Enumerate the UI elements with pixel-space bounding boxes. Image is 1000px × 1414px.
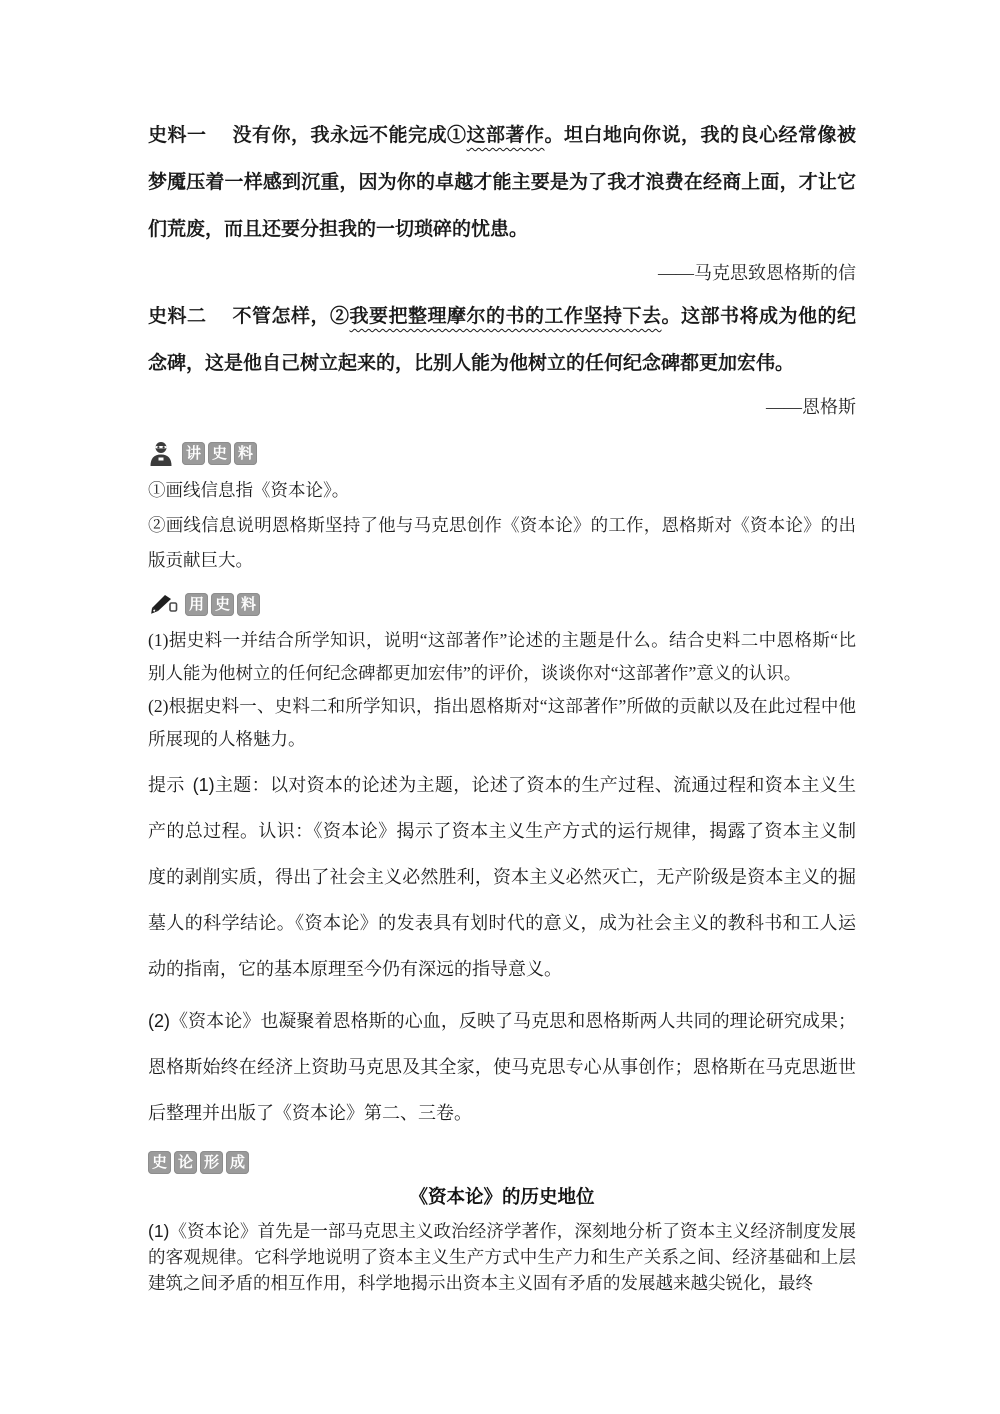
conclusion-badge: 史 论 形 成 xyxy=(148,1151,249,1174)
material-two-paragraph: 史料二不管怎样，②我要把整理摩尔的书的工作坚持下去。这部书将成为他的纪念碑，这是… xyxy=(148,293,856,387)
material-two-text-pre: 不管怎样，② xyxy=(233,306,350,327)
badge-char: 用 xyxy=(185,593,208,616)
badge-char: 料 xyxy=(237,593,260,616)
material-one-label: 史料一 xyxy=(148,125,207,146)
badge-char: 形 xyxy=(200,1151,223,1174)
apply-section-header: 用 史 料 xyxy=(148,590,856,618)
material-two-attribution: ——恩格斯 xyxy=(148,387,856,427)
badge-char: 史 xyxy=(211,593,234,616)
conclusion-body: (1)《资本论》首先是一部马克思主义政治经济学著作，深刻地分析了资本主义经济制度… xyxy=(148,1218,856,1296)
badge-char: 史 xyxy=(148,1151,171,1174)
apply-badge: 用 史 料 xyxy=(185,593,260,616)
teacher-icon xyxy=(148,441,175,466)
tip-label: 提示 xyxy=(148,775,185,795)
tip-answer-1: 提示(1)主题：以对资本的论述为主题，论述了资本的生产过程、流通过程和资本主义生… xyxy=(148,762,856,992)
material-one-paragraph: 史料一没有你，我永远不能完成①这部著作。坦白地向你说，我的良心经常像被梦魇压着一… xyxy=(148,112,856,253)
explain-section-header: 讲 史 料 xyxy=(148,439,856,467)
explain-note-1: ①画线信息指《资本论》。 xyxy=(148,473,856,508)
conclusion-title: 《资本论》的历史地位 xyxy=(148,1182,856,1212)
material-two-label: 史料二 xyxy=(148,306,207,327)
explain-badge: 讲 史 料 xyxy=(182,442,257,465)
badge-char: 成 xyxy=(226,1151,249,1174)
badge-char: 讲 xyxy=(182,442,205,465)
conclusion-section-header: 史 论 形 成 xyxy=(148,1148,856,1176)
explain-note-2: ②画线信息说明恩格斯坚持了他与马克思创作《资本论》的工作，恩格斯对《资本论》的出… xyxy=(148,508,856,578)
document-page: 史料一没有你，我永远不能完成①这部著作。坦白地向你说，我的良心经常像被梦魇压着一… xyxy=(0,0,1000,1414)
material-one-underlined-phrase: 这部著作 xyxy=(466,125,544,146)
material-one-attribution: ——马克思致恩格斯的信 xyxy=(148,253,856,293)
material-two-underlined-phrase: 我要把整理摩尔的书的工作坚持下去 xyxy=(350,306,662,327)
badge-char: 料 xyxy=(234,442,257,465)
tip-answer-2: (2)《资本论》也凝聚着恩格斯的心血，反映了马克思和恩格斯两人共同的理论研究成果… xyxy=(148,998,856,1136)
material-one-text-pre: 没有你，我永远不能完成① xyxy=(233,125,467,146)
pen-icon xyxy=(148,593,178,615)
apply-question-1: (1)据史料一并结合所学知识，说明“这部著作”论述的主题是什么。结合史料二中恩格… xyxy=(148,624,856,690)
badge-char: 史 xyxy=(208,442,231,465)
badge-char: 论 xyxy=(174,1151,197,1174)
tip-answer-1-text: (1)主题：以对资本的论述为主题，论述了资本的生产过程、流通过程和资本主义生产的… xyxy=(148,775,856,979)
apply-question-2: (2)根据史料一、史料二和所学知识，指出恩格斯对“这部著作”所做的贡献以及在此过… xyxy=(148,690,856,756)
